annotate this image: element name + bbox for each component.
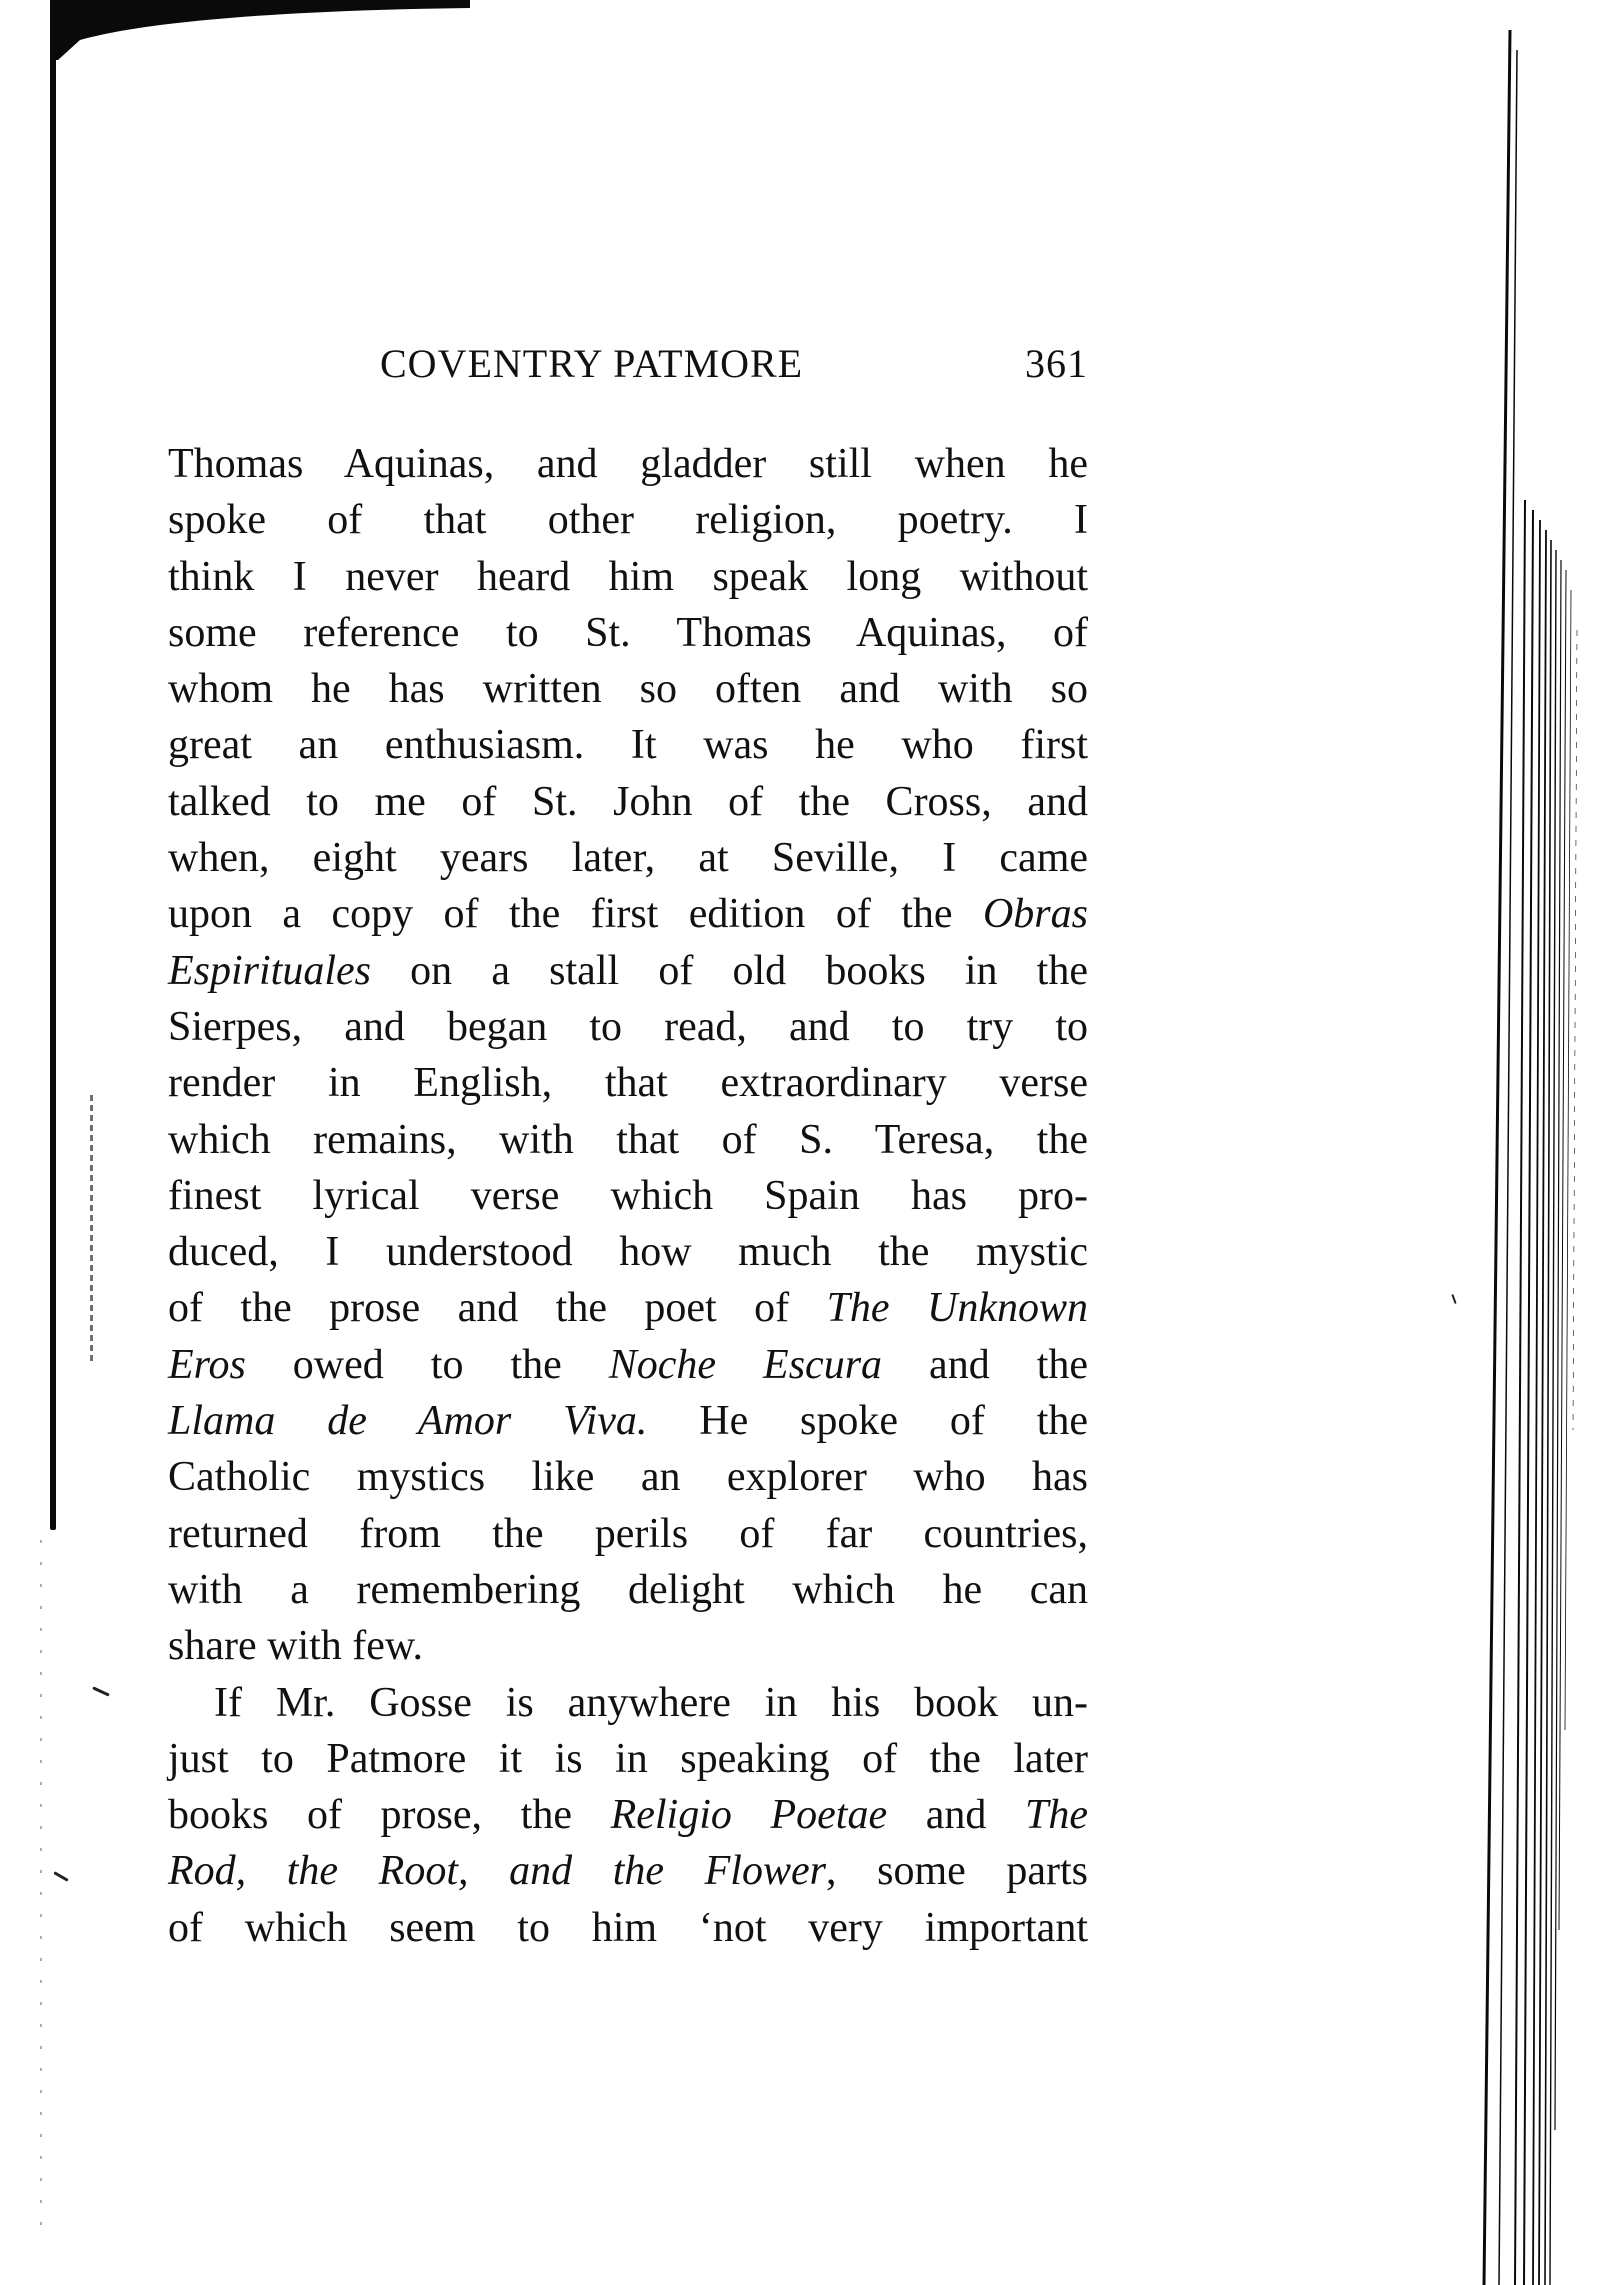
italic-title: Llama de Amor Viva. bbox=[168, 1398, 647, 1444]
text-line: books of prose, the Religio Poetae and T… bbox=[168, 1787, 1088, 1843]
text-segment: Thomas Aquinas, and gladder still when h… bbox=[168, 441, 1088, 487]
text-segment: some reference to St. Thomas Aquinas, of bbox=[168, 610, 1088, 656]
italic-title: Eros bbox=[168, 1342, 246, 1388]
italic-title: Noche Escura bbox=[609, 1342, 882, 1388]
page-binding-edge bbox=[50, 30, 56, 1530]
text-line: upon a copy of the first edition of the … bbox=[168, 886, 1088, 942]
running-title: COVENTRY PATMORE bbox=[380, 340, 803, 388]
text-line: some reference to St. Thomas Aquinas, of bbox=[168, 605, 1088, 661]
text-segment: and the bbox=[882, 1342, 1088, 1388]
text-segment: spoke of that other religion, poetry. I bbox=[168, 497, 1088, 543]
text-segment: Sierpes, and began to read, and to try t… bbox=[168, 1004, 1088, 1050]
text-segment: and bbox=[887, 1792, 1025, 1838]
text-segment: If Mr. Gosse is anywhere in his book un- bbox=[214, 1680, 1088, 1726]
text-segment: share with few. bbox=[168, 1623, 423, 1669]
text-segment: He spoke of the bbox=[647, 1398, 1088, 1444]
scan-speck bbox=[92, 1686, 110, 1696]
running-header: COVENTRY PATMORE 361 bbox=[168, 340, 1088, 388]
text-segment: returned from the perils of far countrie… bbox=[168, 1511, 1088, 1557]
page-number: 361 bbox=[1025, 340, 1088, 388]
text-line: talked to me of St. John of the Cross, a… bbox=[168, 774, 1088, 830]
italic-title: The Unknown bbox=[827, 1285, 1088, 1331]
text-line: Sierpes, and began to read, and to try t… bbox=[168, 999, 1088, 1055]
italic-title: Espirituales bbox=[168, 948, 371, 994]
text-line: Thomas Aquinas, and gladder still when h… bbox=[168, 436, 1088, 492]
text-line: render in English, that extraordinary ve… bbox=[168, 1055, 1088, 1111]
scan-speck bbox=[1451, 1294, 1456, 1304]
text-line: Eros owed to the Noche Escura and the bbox=[168, 1337, 1088, 1393]
text-segment: of the prose and the poet of bbox=[168, 1285, 827, 1331]
text-segment: finest lyrical verse which Spain has pro… bbox=[168, 1173, 1088, 1219]
text-segment: on a stall of old books in the bbox=[371, 948, 1088, 994]
text-segment: duced, I understood how much the mystic bbox=[168, 1229, 1088, 1275]
text-segment: great an enthusiasm. It was he who first bbox=[168, 722, 1088, 768]
text-line: of the prose and the poet of The Unknown bbox=[168, 1280, 1088, 1336]
text-line: with a remembering delight which he can bbox=[168, 1562, 1088, 1618]
text-segment: talked to me of St. John of the Cross, a… bbox=[168, 779, 1088, 825]
text-line: returned from the perils of far countrie… bbox=[168, 1506, 1088, 1562]
text-line: If Mr. Gosse is anywhere in his book un- bbox=[168, 1675, 1088, 1731]
text-line: share with few. bbox=[168, 1618, 1088, 1674]
italic-title: Obras bbox=[983, 891, 1088, 937]
text-line: of which seem to him ‘not very important bbox=[168, 1900, 1088, 1956]
text-segment: just to Patmore it is in speaking of the… bbox=[168, 1736, 1088, 1782]
scan-speck bbox=[53, 1871, 68, 1882]
scan-margin-mark bbox=[90, 1095, 93, 1365]
text-line: duced, I understood how much the mystic bbox=[168, 1224, 1088, 1280]
body-text: Thomas Aquinas, and gladder still when h… bbox=[168, 436, 1088, 1956]
text-line: great an enthusiasm. It was he who first bbox=[168, 717, 1088, 773]
text-line: when, eight years later, at Seville, I c… bbox=[168, 830, 1088, 886]
page-corner-shadow bbox=[50, 0, 470, 60]
text-line: spoke of that other religion, poetry. I bbox=[168, 492, 1088, 548]
text-segment: with a remembering delight which he can bbox=[168, 1567, 1088, 1613]
text-segment: think I never heard him speak long witho… bbox=[168, 554, 1088, 600]
page-stack-edge bbox=[1479, 30, 1599, 2285]
text-line: whom he has written so often and with so bbox=[168, 661, 1088, 717]
text-segment: when, eight years later, at Seville, I c… bbox=[168, 835, 1088, 881]
text-segment: render in English, that extraordinary ve… bbox=[168, 1060, 1088, 1106]
scan-margin-dots bbox=[40, 1540, 42, 2240]
text-line: which remains, with that of S. Teresa, t… bbox=[168, 1112, 1088, 1168]
text-segment: Catholic mystics like an explorer who ha… bbox=[168, 1454, 1088, 1500]
italic-title: Rod, the Root, and the Flower bbox=[168, 1848, 826, 1894]
text-segment: upon a copy of the first edition of the bbox=[168, 891, 983, 937]
text-line: Catholic mystics like an explorer who ha… bbox=[168, 1449, 1088, 1505]
text-segment: , some parts bbox=[826, 1848, 1088, 1894]
text-line: finest lyrical verse which Spain has pro… bbox=[168, 1168, 1088, 1224]
text-segment: of which seem to him ‘not very important bbox=[168, 1905, 1088, 1951]
text-line: Espirituales on a stall of old books in … bbox=[168, 943, 1088, 999]
text-segment: which remains, with that of S. Teresa, t… bbox=[168, 1117, 1088, 1163]
text-line: Rod, the Root, and the Flower, some part… bbox=[168, 1843, 1088, 1899]
text-segment: owed to the bbox=[246, 1342, 609, 1388]
text-line: think I never heard him speak long witho… bbox=[168, 549, 1088, 605]
italic-title: The bbox=[1025, 1792, 1088, 1838]
text-segment: whom he has written so often and with so bbox=[168, 666, 1088, 712]
text-line: Llama de Amor Viva. He spoke of the bbox=[168, 1393, 1088, 1449]
italic-title: Religio Poetae bbox=[611, 1792, 888, 1838]
text-line: just to Patmore it is in speaking of the… bbox=[168, 1731, 1088, 1787]
text-segment: books of prose, the bbox=[168, 1792, 611, 1838]
